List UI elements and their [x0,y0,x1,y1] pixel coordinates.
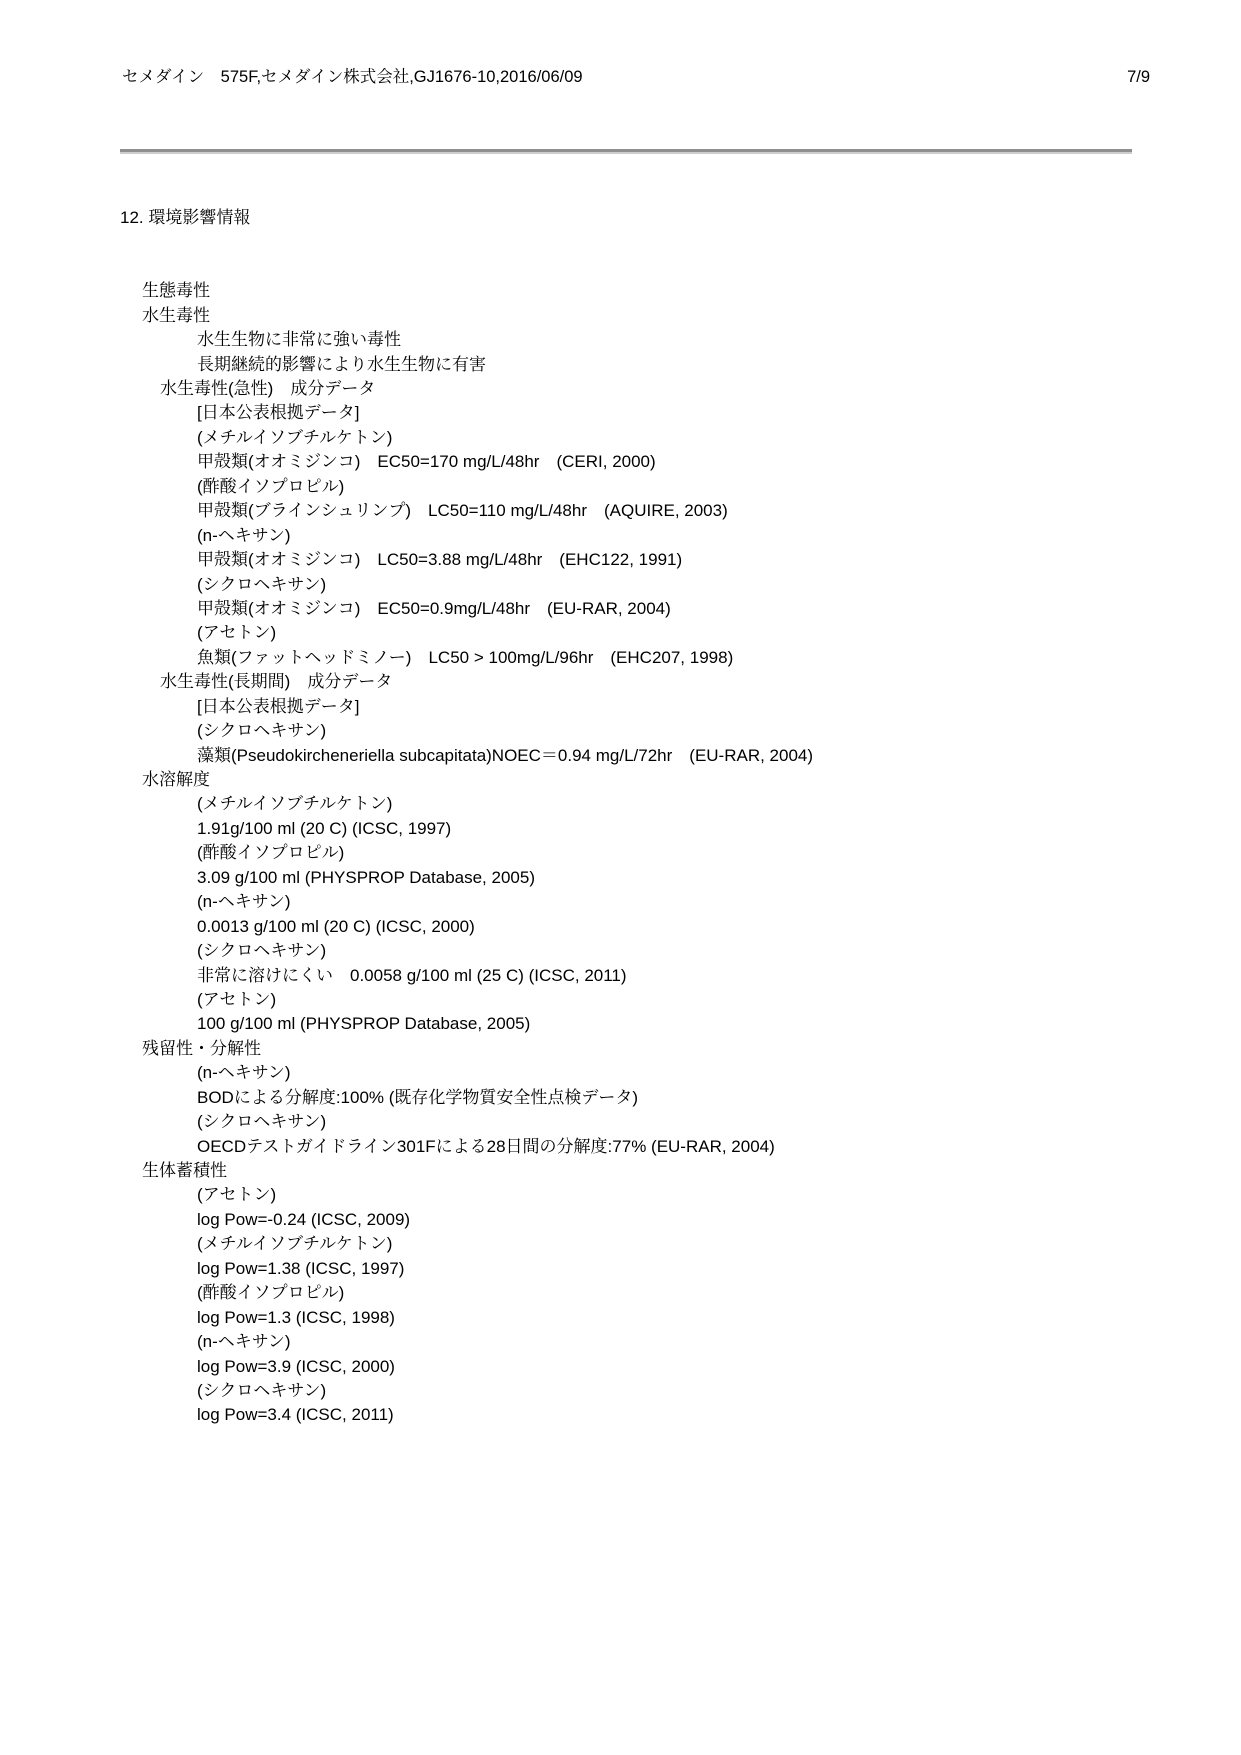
section-divider [120,149,1132,154]
header-document-id: セメダイン 575F,セメダイン株式会社,GJ1676-10,2016/06/0… [122,67,583,88]
document-line: log Pow=-0.24 (ICSC, 2009) [0,1208,1241,1232]
document-line: (アセトン) [0,621,1241,645]
document-line: 甲殻類(オオミジンコ) EC50=0.9mg/L/48hr (EU-RAR, 2… [0,597,1241,621]
document-line: (メチルイソブチルケトン) [0,1232,1241,1256]
document-line: log Pow=1.38 (ICSC, 1997) [0,1257,1241,1281]
document-line: 甲殻類(ブラインシュリンプ) LC50=110 mg/L/48hr (AQUIR… [0,499,1241,523]
document-page: セメダイン 575F,セメダイン株式会社,GJ1676-10,2016/06/0… [0,0,1241,1755]
document-line: log Pow=3.9 (ICSC, 2000) [0,1355,1241,1379]
section-content: 12. 環境影響情報 生態毒性水生毒性水生生物に非常に強い毒性長期継続的影響によ… [0,157,1241,1477]
document-line: (シクロヘキサン) [0,719,1241,743]
document-line: (n-ヘキサン) [0,1330,1241,1354]
document-line: (n-ヘキサン) [0,524,1241,548]
document-line: 100 g/100 ml (PHYSPROP Database, 2005) [0,1012,1241,1036]
document-line: 水溶解度 [0,768,1241,792]
document-line: 水生生物に非常に強い毒性 [0,328,1241,352]
page-header: セメダイン 575F,セメダイン株式会社,GJ1676-10,2016/06/0… [122,67,1150,88]
document-line: (アセトン) [0,1183,1241,1207]
document-lines: 生態毒性水生毒性水生生物に非常に強い毒性長期継続的影響により水生生物に有害水生毒… [0,279,1241,1428]
document-line: (酢酸イソプロピル) [0,841,1241,865]
document-line: [日本公表根拠データ] [0,695,1241,719]
document-line: 水生毒性(長期間) 成分データ [0,670,1241,694]
document-line: 非常に溶けにくい 0.0058 g/100 ml (25 C) (ICSC, 2… [0,964,1241,988]
document-line: 藻類(Pseudokircheneriella subcapitata)NOEC… [0,744,1241,768]
document-line: (シクロヘキサン) [0,1379,1241,1403]
document-line: (アセトン) [0,988,1241,1012]
document-line: 残留性・分解性 [0,1037,1241,1061]
document-line: (メチルイソブチルケトン) [0,792,1241,816]
document-line: (メチルイソブチルケトン) [0,426,1241,450]
document-line: 水生毒性(急性) 成分データ [0,377,1241,401]
document-line: 生体蓄積性 [0,1159,1241,1183]
document-line: 長期継続的影響により水生生物に有害 [0,353,1241,377]
document-line: 水生毒性 [0,304,1241,328]
document-line: [日本公表根拠データ] [0,401,1241,425]
document-line: 0.0013 g/100 ml (20 C) (ICSC, 2000) [0,915,1241,939]
document-line: 魚類(ファットヘッドミノー) LC50 > 100mg/L/96hr (EHC2… [0,646,1241,670]
document-line: 甲殻類(オオミジンコ) EC50=170 mg/L/48hr (CERI, 20… [0,450,1241,474]
document-line: 3.09 g/100 ml (PHYSPROP Database, 2005) [0,866,1241,890]
document-line: (酢酸イソプロピル) [0,475,1241,499]
document-line: log Pow=3.4 (ICSC, 2011) [0,1403,1241,1427]
document-line: log Pow=1.3 (ICSC, 1998) [0,1306,1241,1330]
document-line: (シクロヘキサン) [0,573,1241,597]
document-line: (シクロヘキサン) [0,939,1241,963]
section-title: 12. 環境影響情報 [0,206,1241,230]
document-line: OECDテストガイドライン301Fによる28日間の分解度:77% (EU-RAR… [0,1135,1241,1159]
document-line: 1.91g/100 ml (20 C) (ICSC, 1997) [0,817,1241,841]
document-line: (シクロヘキサン) [0,1110,1241,1134]
document-line: (n-ヘキサン) [0,1061,1241,1085]
document-line: (酢酸イソプロピル) [0,1281,1241,1305]
header-page-number: 7/9 [1127,67,1150,88]
document-line: 生態毒性 [0,279,1241,303]
document-line: BODによる分解度:100% (既存化学物質安全性点検データ) [0,1086,1241,1110]
document-line: 甲殻類(オオミジンコ) LC50=3.88 mg/L/48hr (EHC122,… [0,548,1241,572]
document-line: (n-ヘキサン) [0,890,1241,914]
